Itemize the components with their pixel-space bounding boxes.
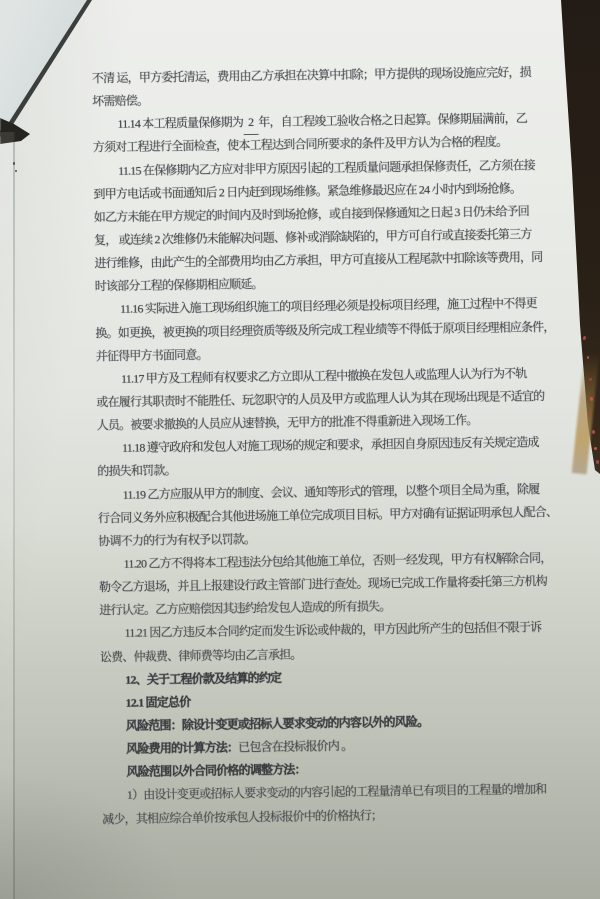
line-text: 或在履行其职责时不能胜任、玩忽职守的人员及甲方或监理人认为其在现场出现是不适宜的 bbox=[96, 389, 544, 409]
document-photo: 不清 运，甲方委托清运，费用由乙方承担在决算中扣除；甲方提供的现场设施应完好，损… bbox=[0, 0, 600, 899]
line-text: 人员。被要求撤换的人员应从速替换，无甲方的批准不得重新进入现场工作。 bbox=[97, 413, 478, 432]
risk-fee-label: 风险费用的计算方法： bbox=[126, 740, 238, 756]
line-text: 到甲方电话或书面通知后 2 日内赶到现场维修。紧急维修最迟应在 24 小时内到场… bbox=[93, 181, 521, 201]
line-text: 11.19 乙方应服从甲方的制度、会议、通知等形式的管理，以整个项目全局为重，除… bbox=[123, 482, 540, 502]
line-text: 并征得甲方书面同意。 bbox=[96, 347, 208, 363]
line-text: 勒令乙方退场，并且上报建设行政主管部门进行查处。现场已完成工作量将委托第三方机构 bbox=[99, 574, 547, 594]
line-text: 如乙方未能在甲方规定的时间内及时到场抢修，或自接到保修通知之日起 3 日仍未给予… bbox=[94, 204, 529, 224]
red-seal-speck bbox=[596, 460, 599, 464]
line-text: 12、关于工程价款及结算的约定 bbox=[125, 670, 281, 686]
paper-speck bbox=[13, 162, 15, 165]
red-seal-speck bbox=[594, 447, 597, 450]
line-text: 12.1 固定总价 bbox=[125, 695, 190, 710]
paper-speck bbox=[15, 170, 17, 172]
line-text: 进行认定。乙方应赔偿因其违约给发包人造成的所有损失。 bbox=[99, 599, 390, 617]
line-text: 11.16 实际进入施工现场组织施工的项目经理必须是投标项目经理，施工过程中不得… bbox=[120, 296, 537, 316]
contract-text-block: 不清 运，甲方委托清运，费用由乙方承担在决算中扣除；甲方提供的现场设施应完好，损… bbox=[92, 61, 555, 831]
red-seal-speck bbox=[588, 413, 590, 416]
red-seal-speck bbox=[592, 430, 595, 434]
line-text: 11.15 在保修期内乙方应对非甲方原因引起的工程质量问题承担保修责任，乙方须在… bbox=[118, 158, 535, 178]
line-text: 风险范围以外合同价格的调整方法： bbox=[126, 762, 305, 779]
line-text: 行合同义务外应积极配合其他进场施工单位完成项目目标。甲方对确有证据证明承包人配合… bbox=[98, 504, 557, 524]
line-text: 方须对工程进行全面检查，使本工程达到合同所要求的条件及甲方认为合格的程度。 bbox=[93, 135, 508, 155]
line-text: 进行维修，由此产生的全部费用均由乙方承担，甲方可直接从工程尾款中扣除该等费用，同 bbox=[94, 250, 542, 270]
line-text: 11.21 因乙方违反本合同约定而发生诉讼或仲裁的，甲方因此所产生的包括但不限于… bbox=[124, 620, 541, 640]
line-text: 11.20 乙方不得将本工程违法分包给其他施工单位，否则一经发现，甲方有权解除合… bbox=[124, 551, 552, 571]
line-text: 的损失和罚款。 bbox=[97, 463, 176, 478]
line-text: 1）由设计变更或招标人要求变动的内容引起的工程量清单已有项目的工程量的增加和 bbox=[127, 782, 547, 802]
line-text: 讼费、仲裁费、律师费等均由乙言承担。 bbox=[100, 647, 302, 664]
line-text: 11.18 遵守政府和发包人对施工现场的规定和要求，承担因自身原因违反有关规定造… bbox=[122, 435, 539, 455]
line-text: 时该部分工程的保修期相应顺延。 bbox=[95, 277, 263, 293]
red-seal-speck bbox=[589, 378, 592, 381]
line-text: 坏需赔偿。 bbox=[92, 94, 148, 109]
left-page-edge-line bbox=[13, 132, 15, 899]
line-text: 减少，其相应综合单价按承包人投标报价中的价格执行； bbox=[102, 808, 382, 826]
line-text: 复， 或连续 2 次维修仍未能解决问题、修补或消除缺陷的，甲方可自行或直接委托第… bbox=[94, 227, 532, 247]
line-text: 换。如更换，被更换的项目经理资质等级及所完成工程业绩等不得低于原项目经理相应条件… bbox=[95, 319, 554, 339]
line-text: 协调不力的行为有权予以罚款。 bbox=[98, 532, 255, 548]
line-text: 11.14 本工程质量保修期为 bbox=[117, 115, 243, 131]
line-text: 11.17 甲方及工程师有权要求乙方立即从工程中撤换在发包人或监理人认为行为不轨 bbox=[121, 366, 527, 386]
left-page-edge-strip bbox=[0, 132, 13, 899]
line-text: 年，自工程竣工验收合格之日起算。保修期届满前，乙 bbox=[258, 111, 527, 129]
line-text: 不清 运，甲方委托清运，费用由乙方承担在决算中扣除；甲方提供的现场设施应完好，损 bbox=[92, 65, 531, 85]
risk-fee-value: 已包含在投标报价内 。 bbox=[238, 739, 352, 755]
warranty-years-blank: 2 bbox=[243, 111, 259, 135]
line-text: 风险范围：除设计变更或招标人要求变动的内容以外的风险。 bbox=[126, 714, 429, 732]
red-seal-speck bbox=[587, 356, 589, 359]
